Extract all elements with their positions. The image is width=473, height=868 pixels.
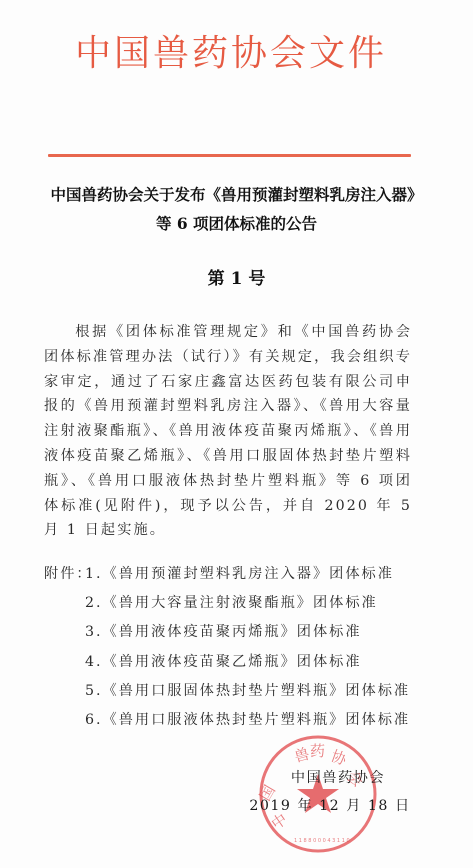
attachment-item-label: 4.《兽用液体疫苗聚乙烯瓶》团体标准 xyxy=(85,648,362,677)
notice-title-line-1: 中国兽药协会关于发布《兽用预灌封塑料乳房注入器》 xyxy=(0,180,473,209)
attachment-item-label: 1.《兽用预灌封塑料乳房注入器》团体标准 xyxy=(85,560,394,589)
attachment-item: 附件： 1.《兽用预灌封塑料乳房注入器》团体标准 xyxy=(44,560,444,589)
attachment-item: 4.《兽用液体疫苗聚乙烯瓶》团体标准 xyxy=(44,648,444,677)
attachment-item-label: 6.《兽用口服液体热封垫片塑料瓶》团体标准 xyxy=(85,706,410,735)
notice-title-line-2: 等 6 项团体标准的公告 xyxy=(0,209,473,238)
masthead-title: 中国兽药协会文件 xyxy=(0,30,462,78)
attachment-item: 3.《兽用液体疫苗聚丙烯瓶》团体标准 xyxy=(44,618,444,647)
attachments-label: 附件： xyxy=(44,560,85,589)
signature-organization: 中国兽药协会 xyxy=(240,765,420,791)
attachment-item-label: 5.《兽用口服固体热封垫片塑料瓶》团体标准 xyxy=(85,677,410,706)
attachment-item-label: 2.《兽用大容量注射液聚酯瓶》团体标准 xyxy=(85,589,378,618)
attachments-list: 附件： 1.《兽用预灌封塑料乳房注入器》团体标准 2.《兽用大容量注射液聚酯瓶》… xyxy=(44,560,444,735)
signature-block: 中国兽药协会 2019 年 12 月 18 日 xyxy=(240,765,420,819)
red-divider-rule xyxy=(48,154,411,157)
signature-date: 2019 年 12 月 18 日 xyxy=(240,793,420,819)
document-number: 第 1 号 xyxy=(0,267,473,291)
svg-text:药: 药 xyxy=(310,742,325,760)
svg-text:兽: 兽 xyxy=(292,745,311,766)
document-page: 中国兽药协会文件 中国兽药协会关于发布《兽用预灌封塑料乳房注入器》 等 6 项团… xyxy=(0,0,473,868)
svg-text:1 1 8 8 0 0 0 4 3 1 1 0: 1 1 8 8 0 0 0 4 3 1 1 0 xyxy=(294,838,350,844)
attachment-item: 6.《兽用口服液体热封垫片塑料瓶》团体标准 xyxy=(44,706,444,735)
attachment-item: 2.《兽用大容量注射液聚酯瓶》团体标准 xyxy=(44,589,444,618)
attachment-item: 5.《兽用口服固体热封垫片塑料瓶》团体标准 xyxy=(44,677,444,706)
body-paragraph: 根据《团体标准管理规定》和《中国兽药协会团体标准管理办法（试行）》有关规定，我会… xyxy=(44,320,412,543)
attachment-item-label: 3.《兽用液体疫苗聚丙烯瓶》团体标准 xyxy=(85,618,362,647)
notice-title: 中国兽药协会关于发布《兽用预灌封塑料乳房注入器》 等 6 项团体标准的公告 xyxy=(0,180,473,238)
